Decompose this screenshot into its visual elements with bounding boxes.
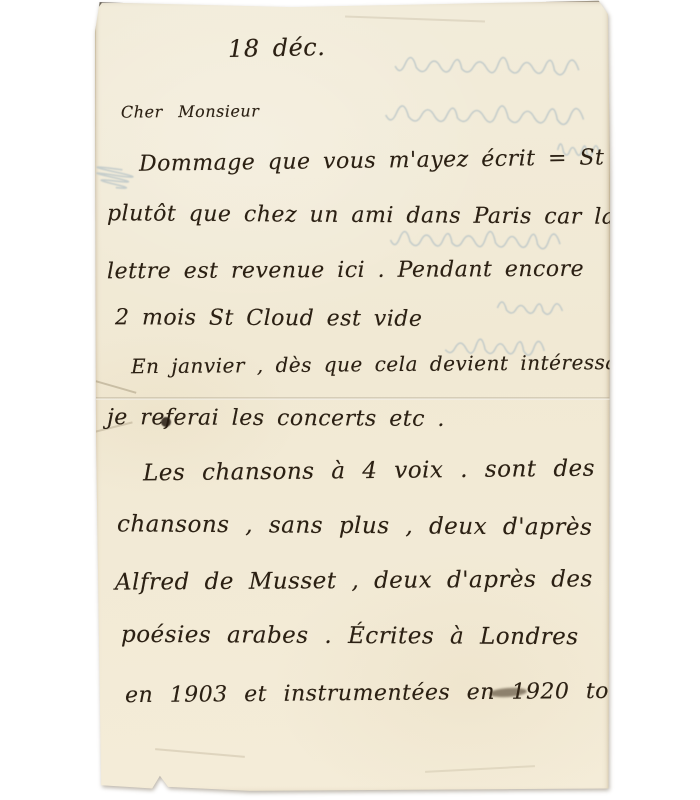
ink-bleedthrough-line [377, 100, 587, 130]
crease-mark [96, 380, 137, 393]
ink-blot [161, 417, 171, 427]
letter-line: plutôt que chez un ami dans Paris car la [107, 201, 616, 230]
letter-line: en 1903 et instrumentées en 1920 to [125, 679, 609, 708]
paper-top-right-edge-shadow [546, 0, 606, 2]
paper-wrinkle [155, 748, 245, 757]
scan-background: 18 déc. Cher Monsieur Dommage que vous m… [0, 0, 700, 800]
letter-date: 18 déc. [228, 33, 326, 63]
letter-page: 18 déc. Cher Monsieur Dommage que vous m… [95, 0, 610, 794]
letter-line: Dommage que vous m'ayez écrit = St Cloud [139, 144, 685, 177]
letter-line: En janvier , dès que cela devient intére… [131, 350, 659, 379]
ink-bleedthrough-line [487, 298, 565, 318]
letter-line: je referai les concerts etc . [107, 405, 445, 432]
letter-line: 2 mois St Cloud est vide [115, 305, 423, 332]
letter-line: Alfred de Musset , deux d'après des [115, 566, 593, 595]
letter-line: poésies arabes . Écrites à Londres [121, 622, 579, 650]
paper-corner-mark [95, 0, 104, 12]
paper-wrinkle [425, 765, 535, 772]
paper-top-edge-shadow [95, 0, 414, 3]
ink-bleedthrough-line [387, 52, 582, 80]
fold-crease [95, 397, 610, 400]
letter-line: Les chansons à 4 voix . sont des [143, 456, 595, 487]
letter-paper: 18 déc. Cher Monsieur Dommage que vous m… [95, 0, 610, 794]
ink-bleedthrough-line [73, 161, 146, 199]
letter-line: lettre est revenue ici . Pendant encore [107, 257, 584, 284]
paper-wrinkle [345, 16, 485, 22]
letter-greeting: Cher Monsieur [121, 101, 259, 121]
ink-bleedthrough-line [383, 226, 563, 254]
letter-line: chansons , sans plus , deux d'après [117, 511, 592, 540]
